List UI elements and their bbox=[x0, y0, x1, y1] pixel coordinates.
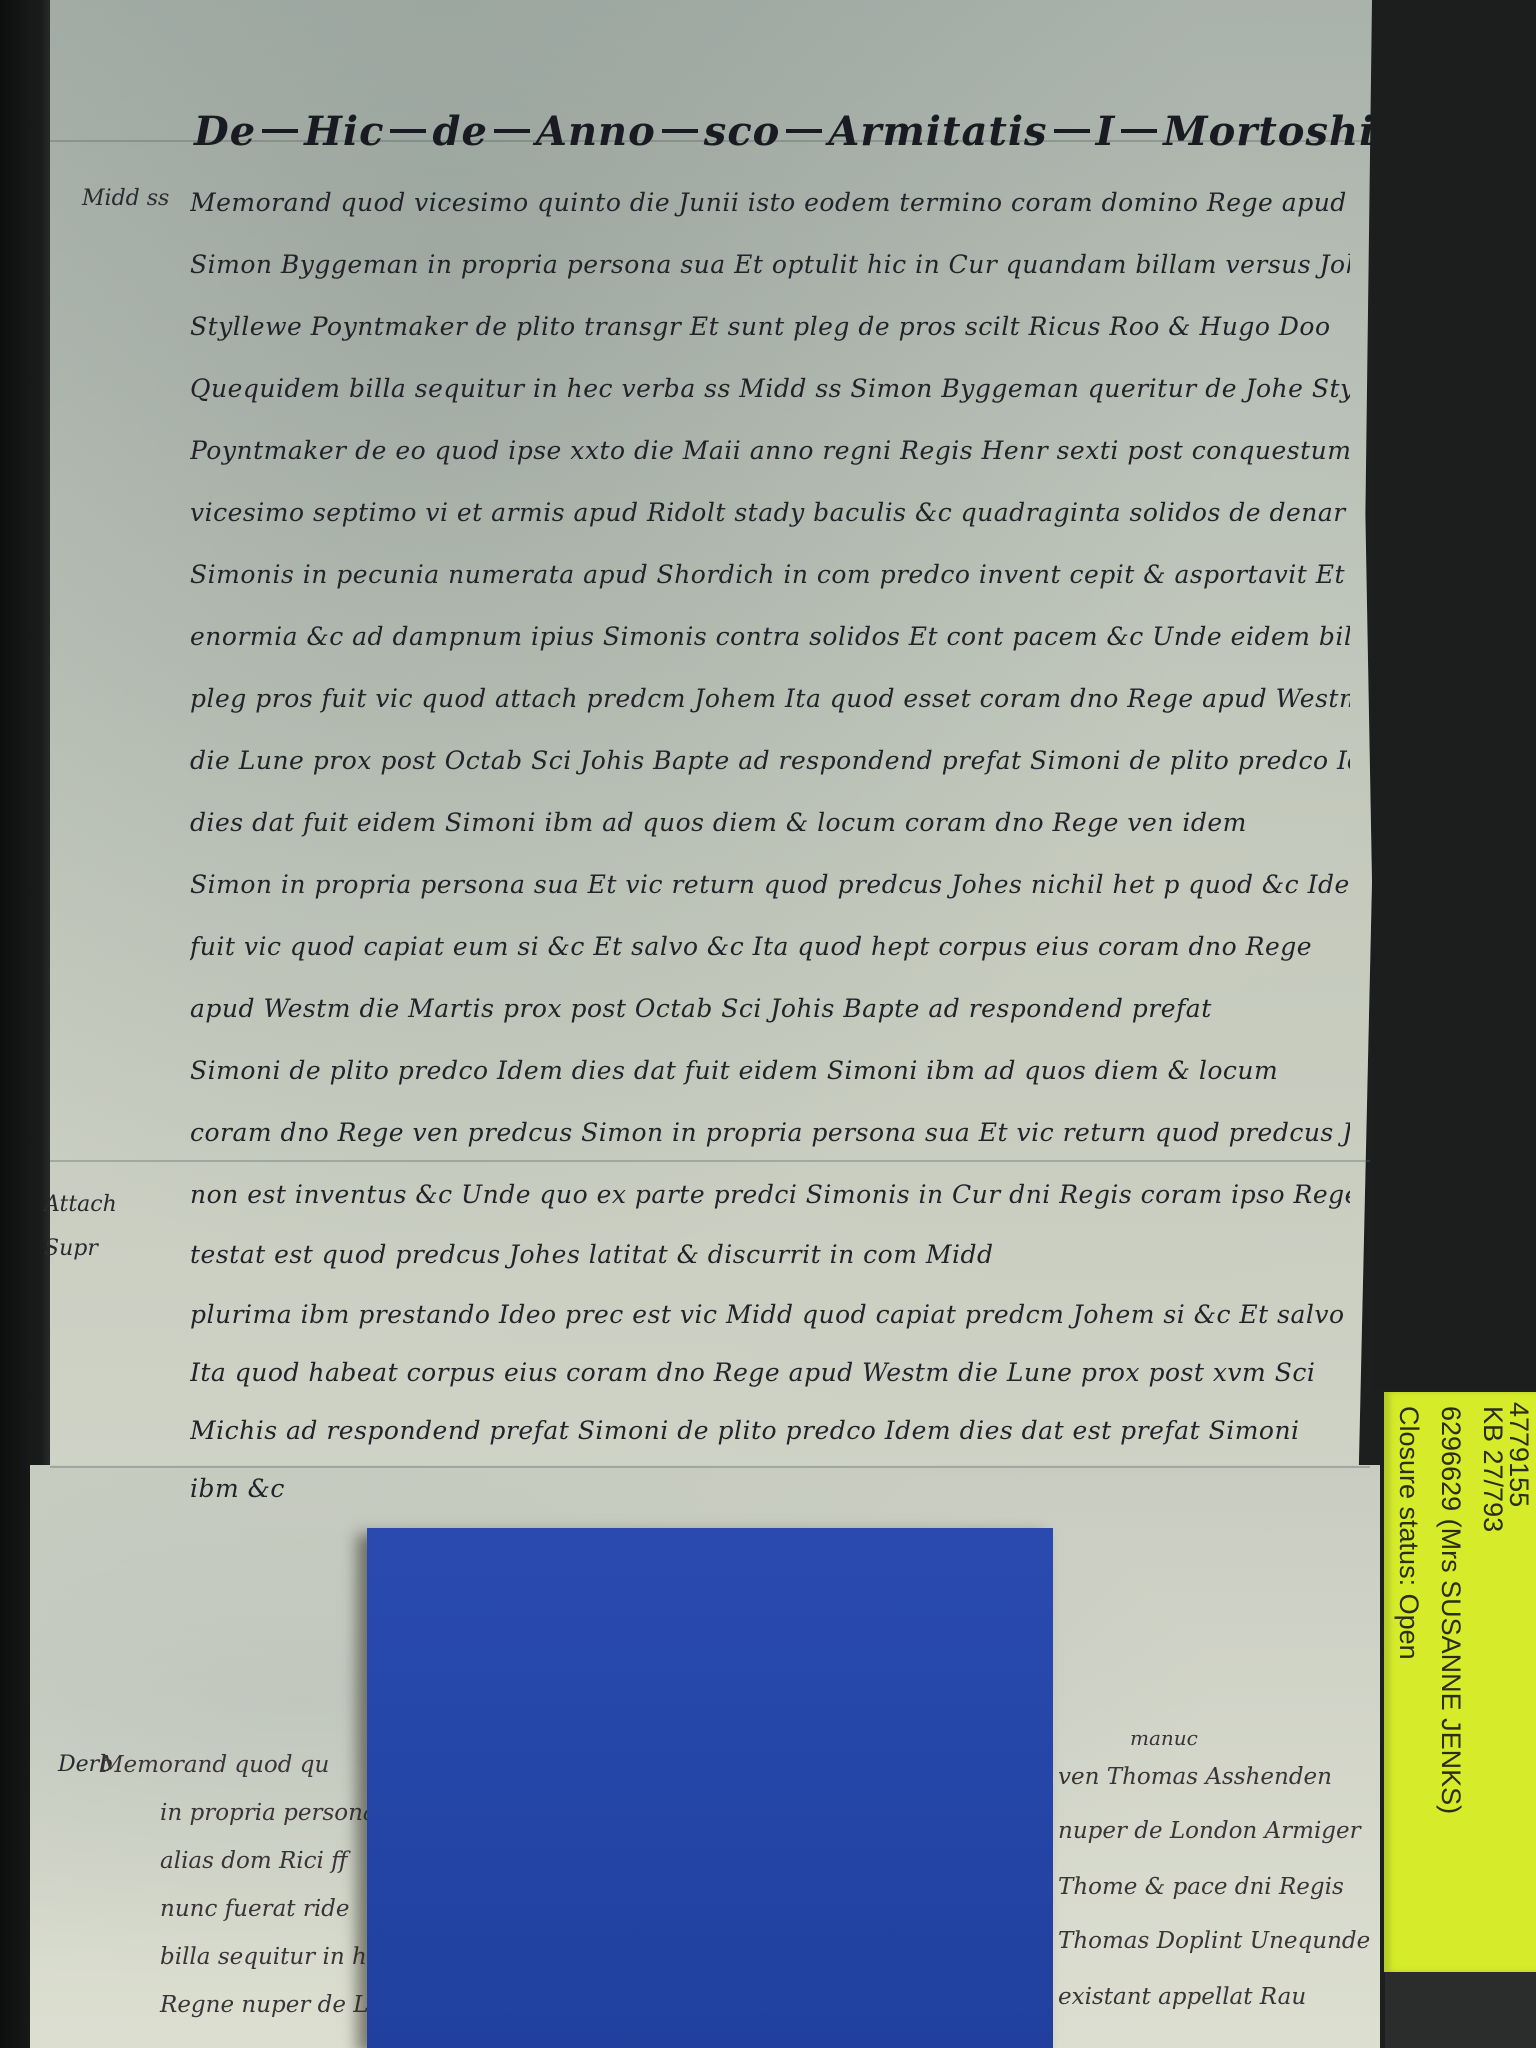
manuscript-line: Styllewe Poyntmaker de plito transgr Et … bbox=[190, 312, 1350, 341]
heading-word: Armitatis bbox=[824, 108, 1051, 155]
heading-word: sco bbox=[700, 108, 785, 155]
heading-dash bbox=[1054, 129, 1090, 133]
roll-heading: De Hic de Anno sco Armitatis I Mortoshi bbox=[190, 96, 1330, 166]
manuscript-line: Simonis in pecunia numerata apud Shordic… bbox=[190, 560, 1350, 589]
background-right bbox=[1372, 0, 1536, 1390]
manuscript-line: dies dat fuit eidem Simoni ibm ad quos d… bbox=[190, 808, 1350, 837]
label-line-reader: 6296629 (Mrs SUSANNE JENKS) bbox=[1435, 1406, 1466, 1814]
manuscript-line: coram dno Rege ven predcus Simon in prop… bbox=[190, 1118, 1350, 1147]
heading-word: Mortoshi bbox=[1159, 108, 1379, 155]
margin-note-county: Midd ss bbox=[82, 186, 169, 211]
label-line-closure-status: Closure status: Open bbox=[1393, 1406, 1424, 1660]
margin-note-supr: Supr bbox=[44, 1236, 98, 1261]
manuscript-line: Simon Byggeman in propria persona sua Et… bbox=[190, 250, 1350, 279]
heading-dash bbox=[262, 129, 298, 133]
manuscript-line: vicesimo septimo vi et armis apud Ridolt… bbox=[190, 498, 1350, 527]
lower-left-line: Memorand quod qu bbox=[100, 1752, 329, 1778]
margin-note-attach: Attach bbox=[44, 1192, 117, 1217]
manuscript-line: pleg pros fuit vic quod attach predcm Jo… bbox=[190, 684, 1350, 713]
manuscript-line: testat est quod predcus Johes latitat & … bbox=[190, 1240, 1350, 1269]
heading-dash bbox=[390, 129, 426, 133]
fold-line bbox=[50, 1160, 1370, 1162]
manuscript-line: Michis ad respondend prefat Simoni de pl… bbox=[190, 1416, 1350, 1445]
manuscript-line: plurima ibm prestando Ideo prec est vic … bbox=[190, 1300, 1350, 1329]
lower-left-line: nunc fuerat ride bbox=[160, 1896, 350, 1922]
lower-left-line: billa sequitur in h bbox=[160, 1944, 367, 1970]
heading-word: De bbox=[190, 108, 260, 155]
lower-right-line: manuc bbox=[1130, 1726, 1198, 1750]
lower-right-line: Thomas Doplint Unequnde bbox=[1058, 1928, 1370, 1954]
heading-dash bbox=[786, 129, 822, 133]
lower-left-line: alias dom Rici ff bbox=[160, 1848, 347, 1874]
manuscript-line: Poyntmaker de eo quod ipse xxto die Maii… bbox=[190, 436, 1350, 465]
manuscript-line: enormia &c ad dampnum ipius Simonis cont… bbox=[190, 622, 1350, 651]
manuscript-line: Simon in propria persona sua Et vic retu… bbox=[190, 870, 1350, 899]
manuscript-line: fuit vic quod capiat eum si &c Et salvo … bbox=[190, 932, 1350, 961]
heading-word: Hic bbox=[300, 108, 388, 155]
lower-right-line: nuper de London Armiger bbox=[1058, 1818, 1361, 1844]
lower-right-line: Thome & pace dni Regis bbox=[1058, 1874, 1344, 1900]
manuscript-line: Simoni de plito predco Idem dies dat fui… bbox=[190, 1056, 1350, 1085]
manuscript-line: non est inventus &c Unde quo ex parte pr… bbox=[190, 1180, 1350, 1209]
manuscript-line: die Lune prox post Octab Sci Johis Bapte… bbox=[190, 746, 1350, 775]
heading-dash bbox=[494, 129, 530, 133]
lower-right-line: ven Thomas Asshenden bbox=[1058, 1764, 1332, 1790]
manuscript-line: Memorand quod vicesimo quinto die Junii … bbox=[190, 188, 1350, 217]
heading-dash bbox=[1121, 129, 1157, 133]
manuscript-line: Ita quod habeat corpus eius coram dno Re… bbox=[190, 1358, 1350, 1387]
heading-word: I bbox=[1092, 108, 1120, 155]
lower-right-line: existant appellat Rau bbox=[1058, 1984, 1306, 2010]
manuscript-line: apud Westm die Martis prox post Octab Sc… bbox=[190, 994, 1350, 1023]
fold-line bbox=[50, 1466, 1370, 1468]
label-line-reference: KB 27/793 bbox=[1477, 1406, 1508, 1532]
heading-word: de bbox=[428, 108, 491, 155]
heading-dash bbox=[662, 129, 698, 133]
manuscript-line: ibm &c bbox=[190, 1474, 1350, 1503]
archive-label: 4779155 KB 27/793 6296629 (Mrs SUSANNE J… bbox=[1384, 1392, 1536, 1972]
blue-card-weight bbox=[367, 1528, 1053, 2048]
background-right-bottom bbox=[1385, 1970, 1536, 2048]
manuscript-line: Quequidem billa sequitur in hec verba ss… bbox=[190, 374, 1350, 403]
heading-word: Anno bbox=[532, 108, 660, 155]
